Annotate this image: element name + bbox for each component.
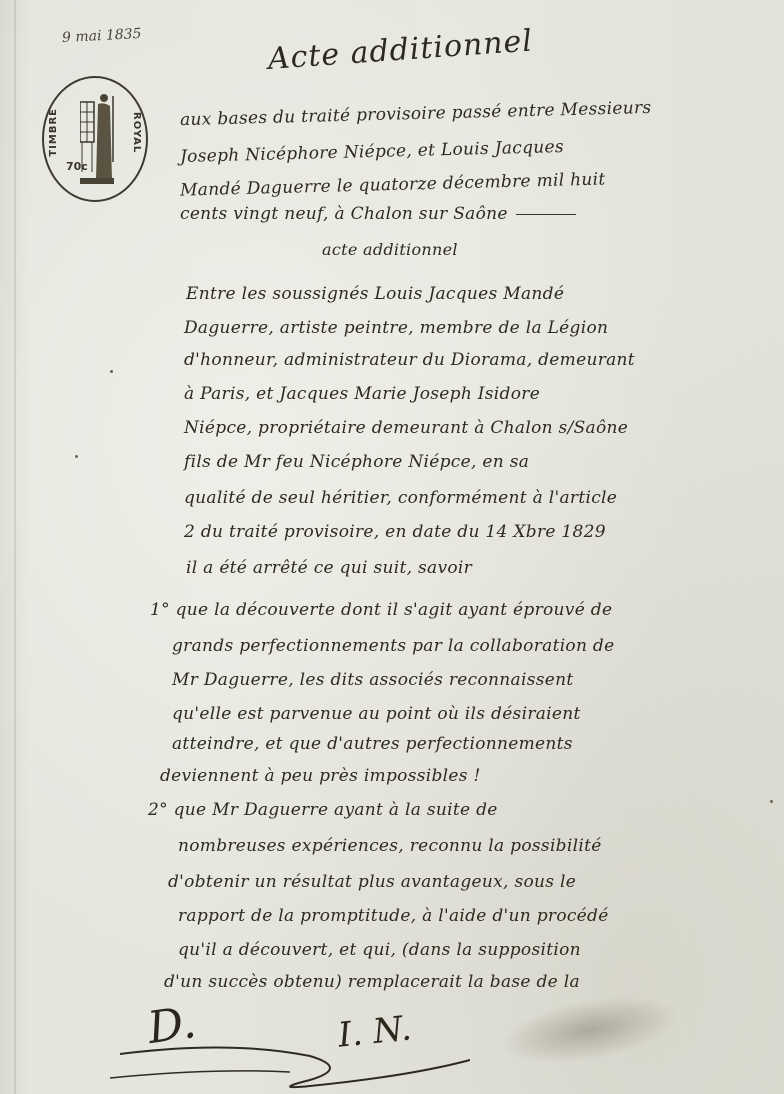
royal-stamp: TIMBRE ROYAL 70c: [42, 76, 148, 202]
body-line: 2 du traité provisoire, en date du 14 Xb…: [184, 522, 606, 542]
article-2-line: d'un succès obtenu) remplacerait la base…: [164, 972, 580, 992]
stamp-value: 70c: [66, 160, 88, 173]
article-1-line: Mr Daguerre, les dits associés reconnais…: [172, 670, 574, 690]
subtitle: acte additionnel: [322, 240, 458, 259]
article-1-line: deviennent à peu près impossibles !: [160, 766, 481, 786]
signature-flourish-icon: [110, 1020, 490, 1094]
article-2-line: d'obtenir un résultat plus avantageux, s…: [168, 872, 576, 892]
article-2-line: 2° que Mr Daguerre ayant à la suite de: [148, 800, 498, 820]
body-line: à Paris, et Jacques Marie Joseph Isidore: [184, 384, 540, 404]
body-line: Niépce, propriétaire demeurant à Chalon …: [184, 418, 628, 438]
ink-speck: [110, 370, 113, 373]
body-line: il a été arrêté ce qui suit, savoir: [186, 558, 472, 578]
body-line: Entre les soussignés Louis Jacques Mandé: [186, 284, 564, 304]
ink-speck: [770, 800, 773, 803]
stamp-left-text: TIMBRE: [48, 108, 59, 157]
article-1-line: qu'elle est parvenue au point où ils dés…: [172, 704, 581, 724]
article-2-line: qu'il a découvert, et qui, (dans la supp…: [178, 940, 581, 960]
header-line: cents vingt neuf, à Chalon sur Saône: [180, 204, 576, 224]
article-1-line: 1° que la découverte dont il s'agit ayan…: [150, 600, 612, 620]
article-2-line: rapport de la promptitude, à l'aide d'un…: [178, 906, 609, 926]
body-line: qualité de seul héritier, conformément à…: [184, 488, 617, 508]
paper-edge: [14, 0, 16, 1094]
article-1-line: grands perfectionnements par la collabor…: [172, 636, 614, 656]
stamp-right-text: ROYAL: [131, 112, 142, 153]
line-filler: [516, 214, 576, 215]
article-1-line: atteindre, et que d'autres perfectionnem…: [172, 734, 573, 754]
article-2-line: nombreuses expériences, reconnu la possi…: [178, 836, 602, 856]
header-line-text: cents vingt neuf, à Chalon sur Saône: [180, 204, 508, 224]
ink-speck: [75, 455, 78, 458]
body-line: d'honneur, administrateur du Diorama, de…: [184, 350, 635, 370]
body-line: fils de Mr feu Nicéphore Niépce, en sa: [184, 452, 529, 472]
body-line: Daguerre, artiste peintre, membre de la …: [184, 318, 608, 338]
